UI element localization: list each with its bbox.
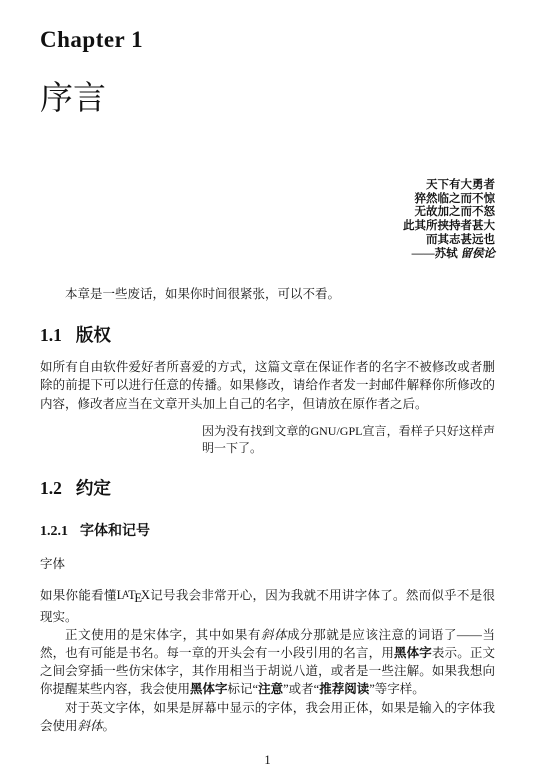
epigraph-line: 无故加之而不怒 [40, 206, 495, 220]
intro-paragraph: 本章是一些废话，如果你时间很紧张，可以不看。 [40, 285, 495, 304]
bold-run: 推荐阅读 [319, 682, 369, 696]
chapter-title: 序言 [40, 79, 495, 119]
document-page: Chapter 1 序言 天下有大勇者 猝然临之而不惊 无故加之而不怒 此其所挟… [0, 0, 535, 780]
section-number: 1.2 [40, 478, 62, 498]
epigraph-line: 而其志甚远也 [40, 234, 495, 248]
subsection-heading-fonts: 1.2.1字体和记号 [40, 523, 495, 541]
epigraph-line: 此其所挟持者甚大 [40, 220, 495, 234]
section-title: 版权 [76, 325, 111, 345]
latex-logo: LATEX [117, 588, 150, 602]
attribution-work: 留侯论 [461, 248, 496, 260]
text-run: 。 [103, 719, 116, 733]
text-run: 如果你能看懂 [40, 588, 117, 602]
gpl-note: 因为没有找到文章的GNU/GPL宣言，看样子只好这样声明一下了。 [202, 423, 495, 457]
bold-run: 黑体字 [394, 646, 432, 660]
section-heading-copyright: 1.1版权 [40, 324, 495, 346]
attribution-dash: —— [412, 248, 435, 260]
section-heading-conventions: 1.2约定 [40, 477, 495, 499]
epigraph-line: 猝然临之而不惊 [40, 193, 495, 207]
text-run: 正文使用的是宋体字，其中如果有 [65, 628, 261, 642]
fonts-body-paragraph: 正文使用的是宋体字，其中如果有斜体成分那就是应该注意的词语了——当然，也有可能是… [40, 626, 495, 699]
text-run: ”或者“ [283, 682, 319, 696]
bold-run: 注意 [258, 682, 283, 696]
epigraph-attribution: ——苏轼 留侯论 [40, 248, 495, 262]
section-title: 约定 [76, 478, 111, 498]
section-number: 1.1 [40, 325, 62, 345]
subsection-title: 字体和记号 [80, 524, 150, 539]
attribution-author: 苏轼 [435, 248, 458, 260]
text-run: ”等字样。 [369, 682, 425, 696]
text-run: 标记“ [228, 682, 259, 696]
latex-letter: X [141, 588, 150, 602]
fonts-intro-paragraph: 如果你能看懂LATEX记号我会非常开心，因为我就不用讲字体了。然而似乎不是很现实… [40, 585, 495, 626]
paragraph-heading-font: 字体 [40, 555, 495, 573]
epigraph: 天下有大勇者 猝然临之而不惊 无故加之而不怒 此其所挟持者甚大 而其志甚远也 —… [40, 179, 495, 261]
subsection-number: 1.2.1 [40, 524, 68, 539]
italic-run: 斜体 [261, 628, 287, 642]
copyright-body: 如所有自由软件爱好者所喜爱的方式，这篇文章在保证作者的名字不被修改或者删除的前提… [40, 358, 495, 413]
english-fonts-paragraph: 对于英文字体，如果是屏幕中显示的字体，我会用正体，如果是输入的字体我会使用斜体。 [40, 699, 495, 735]
italic-run: 斜体 [78, 719, 103, 733]
bold-run: 黑体字 [190, 682, 228, 696]
page-number: 1 [0, 753, 535, 768]
chapter-label: Chapter 1 [40, 26, 495, 53]
epigraph-line: 天下有大勇者 [40, 179, 495, 193]
